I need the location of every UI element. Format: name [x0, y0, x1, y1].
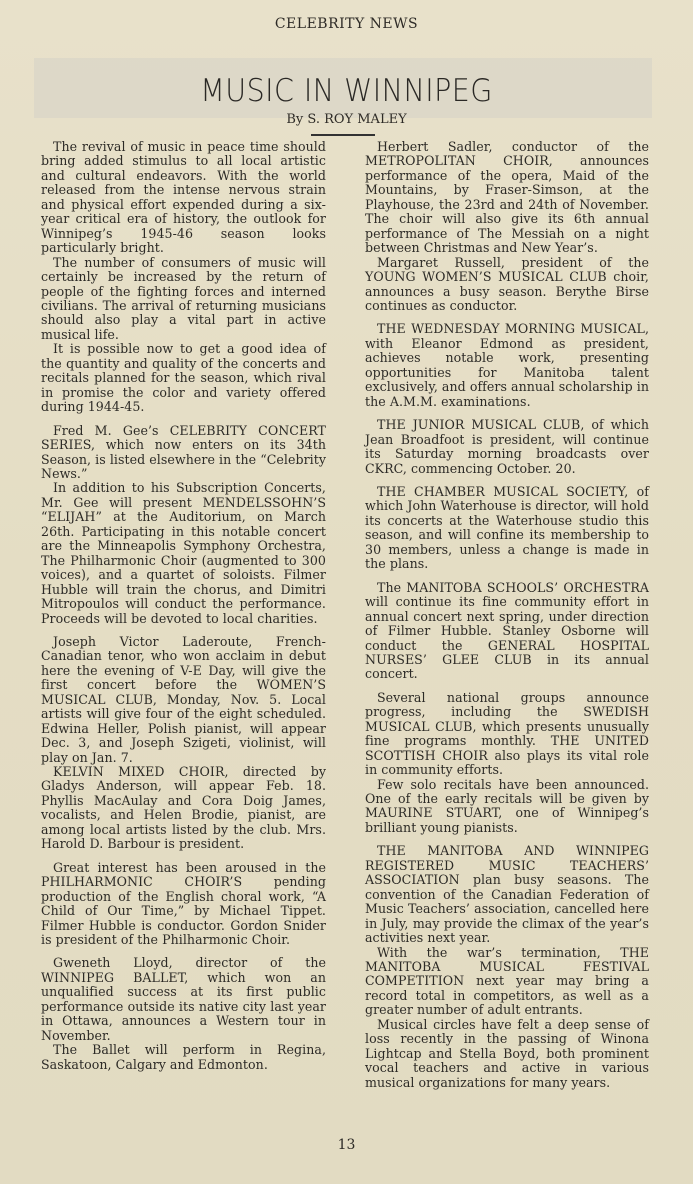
paragraph: KELVIN MIXED CHOIR, directed by Gladys A…: [41, 765, 326, 852]
paragraph: It is possible now to get a good idea of…: [41, 342, 326, 414]
left-column: The revival of music in peace time shoul…: [41, 140, 326, 1072]
paragraph: Gweneth Lloyd, director of the WINNIPEG …: [41, 956, 326, 1043]
byline: By S. ROY MALEY: [0, 112, 693, 127]
paragraph: Joseph Victor Laderoute, French-Canadian…: [41, 635, 326, 765]
paragraph: Musical circles have felt a deep sense o…: [365, 1018, 649, 1090]
paragraph: The number of consumers of music will ce…: [41, 256, 326, 343]
paragraph: The MANITOBA SCHOOLS’ ORCHESTRA will con…: [365, 581, 649, 682]
article-title: MUSIC IN WINNIPEG: [28, 73, 666, 109]
title-rule: [311, 134, 375, 136]
paragraph: Few solo recitals have been announced. O…: [365, 778, 649, 836]
paragraph: The revival of music in peace time shoul…: [41, 140, 326, 256]
paragraph: THE MANITOBA AND WINNIPEG REGISTERED MUS…: [365, 844, 649, 945]
paragraph: With the war’s termination, THE MANITOBA…: [365, 946, 649, 1018]
page-number: 13: [0, 1137, 693, 1153]
paragraph: Margaret Russell, president of the YOUNG…: [365, 256, 649, 314]
paragraph: Fred M. Gee’s CELEBRITY CONCERT SERIES, …: [41, 424, 326, 482]
right-column: Herbert Sadler, conductor of the METROPO…: [365, 140, 649, 1090]
paragraph: THE WEDNESDAY MORNING MUSICAL, with Elea…: [365, 322, 649, 409]
magazine-page: CELEBRITY NEWS MUSIC IN WINNIPEG By S. R…: [0, 0, 693, 1184]
paragraph: Several national groups announce progres…: [365, 691, 649, 778]
paragraph: THE CHAMBER MUSICAL SOCIETY, of which Jo…: [365, 485, 649, 572]
paragraph: Great interest has been aroused in the P…: [41, 861, 326, 948]
paragraph: THE JUNIOR MUSICAL CLUB, of which Jean B…: [365, 418, 649, 476]
paragraph: The Ballet will perform in Regina, Saska…: [41, 1043, 326, 1072]
paragraph: Herbert Sadler, conductor of the METROPO…: [365, 140, 649, 256]
paragraph: In addition to his Subscription Concerts…: [41, 481, 326, 626]
running-head: CELEBRITY NEWS: [0, 16, 693, 32]
